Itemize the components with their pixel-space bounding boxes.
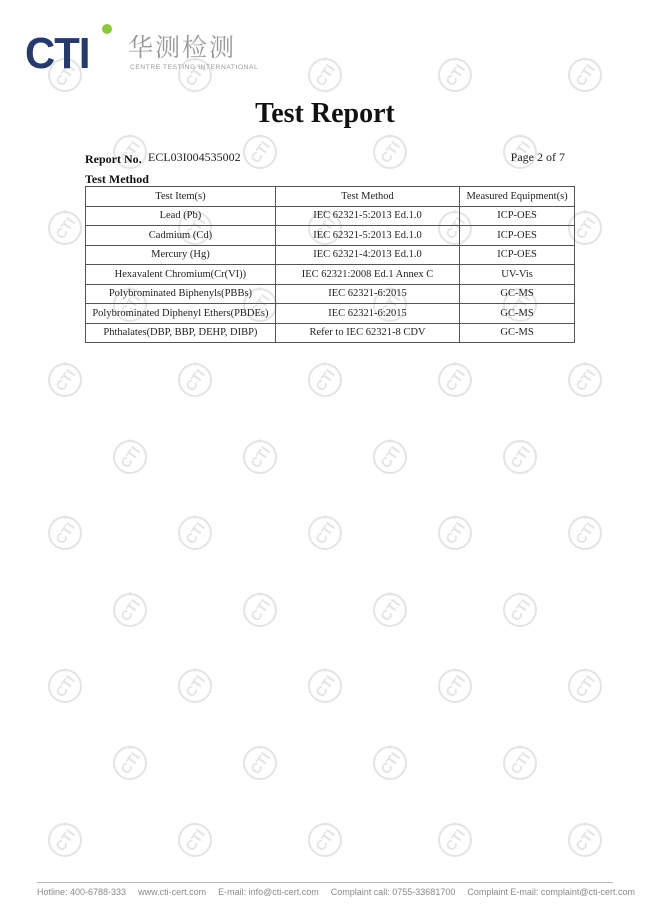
svg-text:CTI: CTI [52,214,78,242]
cti-seal-watermark-icon: CTI [111,438,149,476]
cell-test-item: Lead (Pb) [86,206,276,226]
cell-test-method: IEC 62321-6:2015 [275,304,459,324]
cell-test-item: Hexavalent Chromium(Cr(VI)) [86,265,276,285]
table-row: Hexavalent Chromium(Cr(VI)) IEC 62321:20… [86,265,575,285]
footer-divider [37,882,613,883]
cti-seal-watermark-icon: CTI [501,438,539,476]
cell-test-method: IEC 62321-5:2013 Ed.1.0 [275,206,459,226]
footer-website: www.cti-cert.com [138,887,206,897]
svg-text:CTI: CTI [117,596,143,624]
svg-text:CTI: CTI [377,596,403,624]
cti-seal-watermark-icon: CTI [241,591,279,629]
cti-seal-watermark-icon: CTI [306,56,344,94]
cti-seal-watermark-icon: CTI [176,514,214,552]
svg-text:CTI: CTI [182,366,208,394]
svg-text:CTI: CTI [507,749,533,777]
cti-seal-watermark-icon: CTI [46,821,84,859]
svg-text:CTI: CTI [117,443,143,471]
cti-seal-watermark-icon: CTI [306,514,344,552]
cell-test-item: Polybrominated Diphenyl Ethers(PBDEs) [86,304,276,324]
svg-text:CTI: CTI [442,672,468,700]
svg-text:CTI: CTI [52,519,78,547]
section-title: Test Method [85,172,149,187]
footer-complaint-call: Complaint call: 0755-33681700 [331,887,456,897]
report-no-value: ECL03I004535002 [148,150,241,165]
cell-equipment: ICP-OES [460,206,575,226]
column-header-equipment: Measured Equipment(s) [460,187,575,207]
cti-seal-watermark-icon: CTI [46,514,84,552]
cti-seal-watermark-icon: CTI [566,514,604,552]
svg-text:CTI: CTI [247,749,273,777]
column-header-test-item: Test Item(s) [86,187,276,207]
cti-seal-watermark-icon: CTI [371,438,409,476]
cell-equipment: UV-Vis [460,265,575,285]
table-header-row: Test Item(s) Test Method Measured Equipm… [86,187,575,207]
svg-text:CTI: CTI [507,596,533,624]
svg-text:CTI: CTI [377,443,403,471]
cti-seal-watermark-icon: CTI [436,56,474,94]
cti-seal-watermark-icon: CTI [566,821,604,859]
svg-text:CTI: CTI [182,826,208,854]
svg-text:CTI: CTI [182,672,208,700]
cell-equipment: GC-MS [460,323,575,343]
svg-text:CTI: CTI [52,826,78,854]
svg-text:CTI: CTI [247,443,273,471]
table-row: Polybrominated Biphenyls(PBBs) IEC 62321… [86,284,575,304]
svg-text:CTI: CTI [572,366,598,394]
svg-text:CTI: CTI [442,366,468,394]
svg-text:CTI: CTI [572,519,598,547]
cell-equipment: GC-MS [460,304,575,324]
cti-seal-watermark-icon: CTI [306,361,344,399]
svg-text:CTI: CTI [312,366,338,394]
cell-equipment: ICP-OES [460,245,575,265]
svg-text:CTI: CTI [572,672,598,700]
cti-seal-watermark-icon: CTI [46,209,84,247]
svg-text:CTI: CTI [312,826,338,854]
logo-english-name: CENTRE TESTING INTERNATIONAL [130,64,258,71]
cti-seal-watermark-icon: CTI [436,667,474,705]
cti-seal-watermark-icon: CTI [306,667,344,705]
cti-seal-watermark-icon: CTI [111,591,149,629]
cell-equipment: GC-MS [460,284,575,304]
table-row: Polybrominated Diphenyl Ethers(PBDEs) IE… [86,304,575,324]
cell-test-item: Polybrominated Biphenyls(PBBs) [86,284,276,304]
svg-text:CTI: CTI [442,519,468,547]
footer-hotline: Hotline: 400-6788-333 [37,887,126,897]
svg-text:CTI: CTI [52,672,78,700]
logo-dot-icon [102,24,112,34]
report-no-label: Report No. [85,152,142,167]
cell-test-method: IEC 62321:2008 Ed.1 Annex C [275,265,459,285]
cti-seal-watermark-icon: CTI [566,56,604,94]
cti-seal-watermark-icon: CTI [371,591,409,629]
cti-seal-watermark-icon: CTI [241,438,279,476]
cell-test-item: Phthalates(DBP, BBP, DEHP, DIBP) [86,323,276,343]
cti-seal-watermark-icon: CTI [501,744,539,782]
cti-seal-watermark-icon: CTI [176,667,214,705]
cell-test-method: IEC 62321-5:2013 Ed.1.0 [275,226,459,246]
logo-chinese-name: 华测检测 [128,34,236,62]
footer-email: E-mail: info@cti-cert.com [218,887,319,897]
cti-seal-watermark-icon: CTI [371,744,409,782]
report-meta: Report No. ECL03I004535002 Page 2 of 7 [85,150,565,168]
cell-test-method: Refer to IEC 62321-8 CDV [275,323,459,343]
svg-text:CTI: CTI [247,596,273,624]
logo-mark: CTI [25,34,89,74]
svg-text:CTI: CTI [52,366,78,394]
cti-seal-watermark-icon: CTI [436,514,474,552]
cell-test-item: Cadmium (Cd) [86,226,276,246]
cell-test-item: Mercury (Hg) [86,245,276,265]
table-row: Cadmium (Cd) IEC 62321-5:2013 Ed.1.0 ICP… [86,226,575,246]
svg-text:CTI: CTI [377,749,403,777]
svg-text:CTI: CTI [117,749,143,777]
cti-seal-watermark-icon: CTI [46,667,84,705]
footer-complaint-email: Complaint E-mail: complaint@cti-cert.com [467,887,635,897]
column-header-test-method: Test Method [275,187,459,207]
cti-seal-watermark-icon: CTI [436,361,474,399]
test-method-table: Test Item(s) Test Method Measured Equipm… [85,186,575,343]
cti-seal-watermark-icon: CTI [306,821,344,859]
cell-test-method: IEC 62321-6:2015 [275,284,459,304]
svg-text:CTI: CTI [507,443,533,471]
svg-text:CTI: CTI [442,826,468,854]
svg-text:CTI: CTI [572,61,598,89]
svg-text:CTI: CTI [572,214,598,242]
cti-seal-watermark-icon: CTI [111,744,149,782]
cell-test-method: IEC 62321-4:2013 Ed.1.0 [275,245,459,265]
svg-text:CTI: CTI [312,61,338,89]
cell-equipment: ICP-OES [460,226,575,246]
cti-seal-watermark-icon: CTI [436,821,474,859]
cti-seal-watermark-icon: CTI [566,361,604,399]
svg-text:CTI: CTI [312,672,338,700]
cti-seal-watermark-icon: CTI [501,591,539,629]
cti-seal-watermark-icon: CTI [176,821,214,859]
page-indicator: Page 2 of 7 [511,150,565,165]
table-row: Phthalates(DBP, BBP, DEHP, DIBP) Refer t… [86,323,575,343]
svg-text:CTI: CTI [182,519,208,547]
page-title: Test Report [0,98,650,130]
svg-text:CTI: CTI [572,826,598,854]
table-row: Mercury (Hg) IEC 62321-4:2013 Ed.1.0 ICP… [86,245,575,265]
table-row: Lead (Pb) IEC 62321-5:2013 Ed.1.0 ICP-OE… [86,206,575,226]
cti-seal-watermark-icon: CTI [176,361,214,399]
cti-seal-watermark-icon: CTI [46,361,84,399]
footer: Hotline: 400-6788-333 www.cti-cert.com E… [37,887,620,897]
cti-seal-watermark-icon: CTI [241,744,279,782]
cti-seal-watermark-icon: CTI [566,667,604,705]
watermark-layer: CTICTICTICTICTICTICTICTICTICTICTICTICTIC… [0,0,650,919]
svg-text:CTI: CTI [442,61,468,89]
svg-text:CTI: CTI [312,519,338,547]
